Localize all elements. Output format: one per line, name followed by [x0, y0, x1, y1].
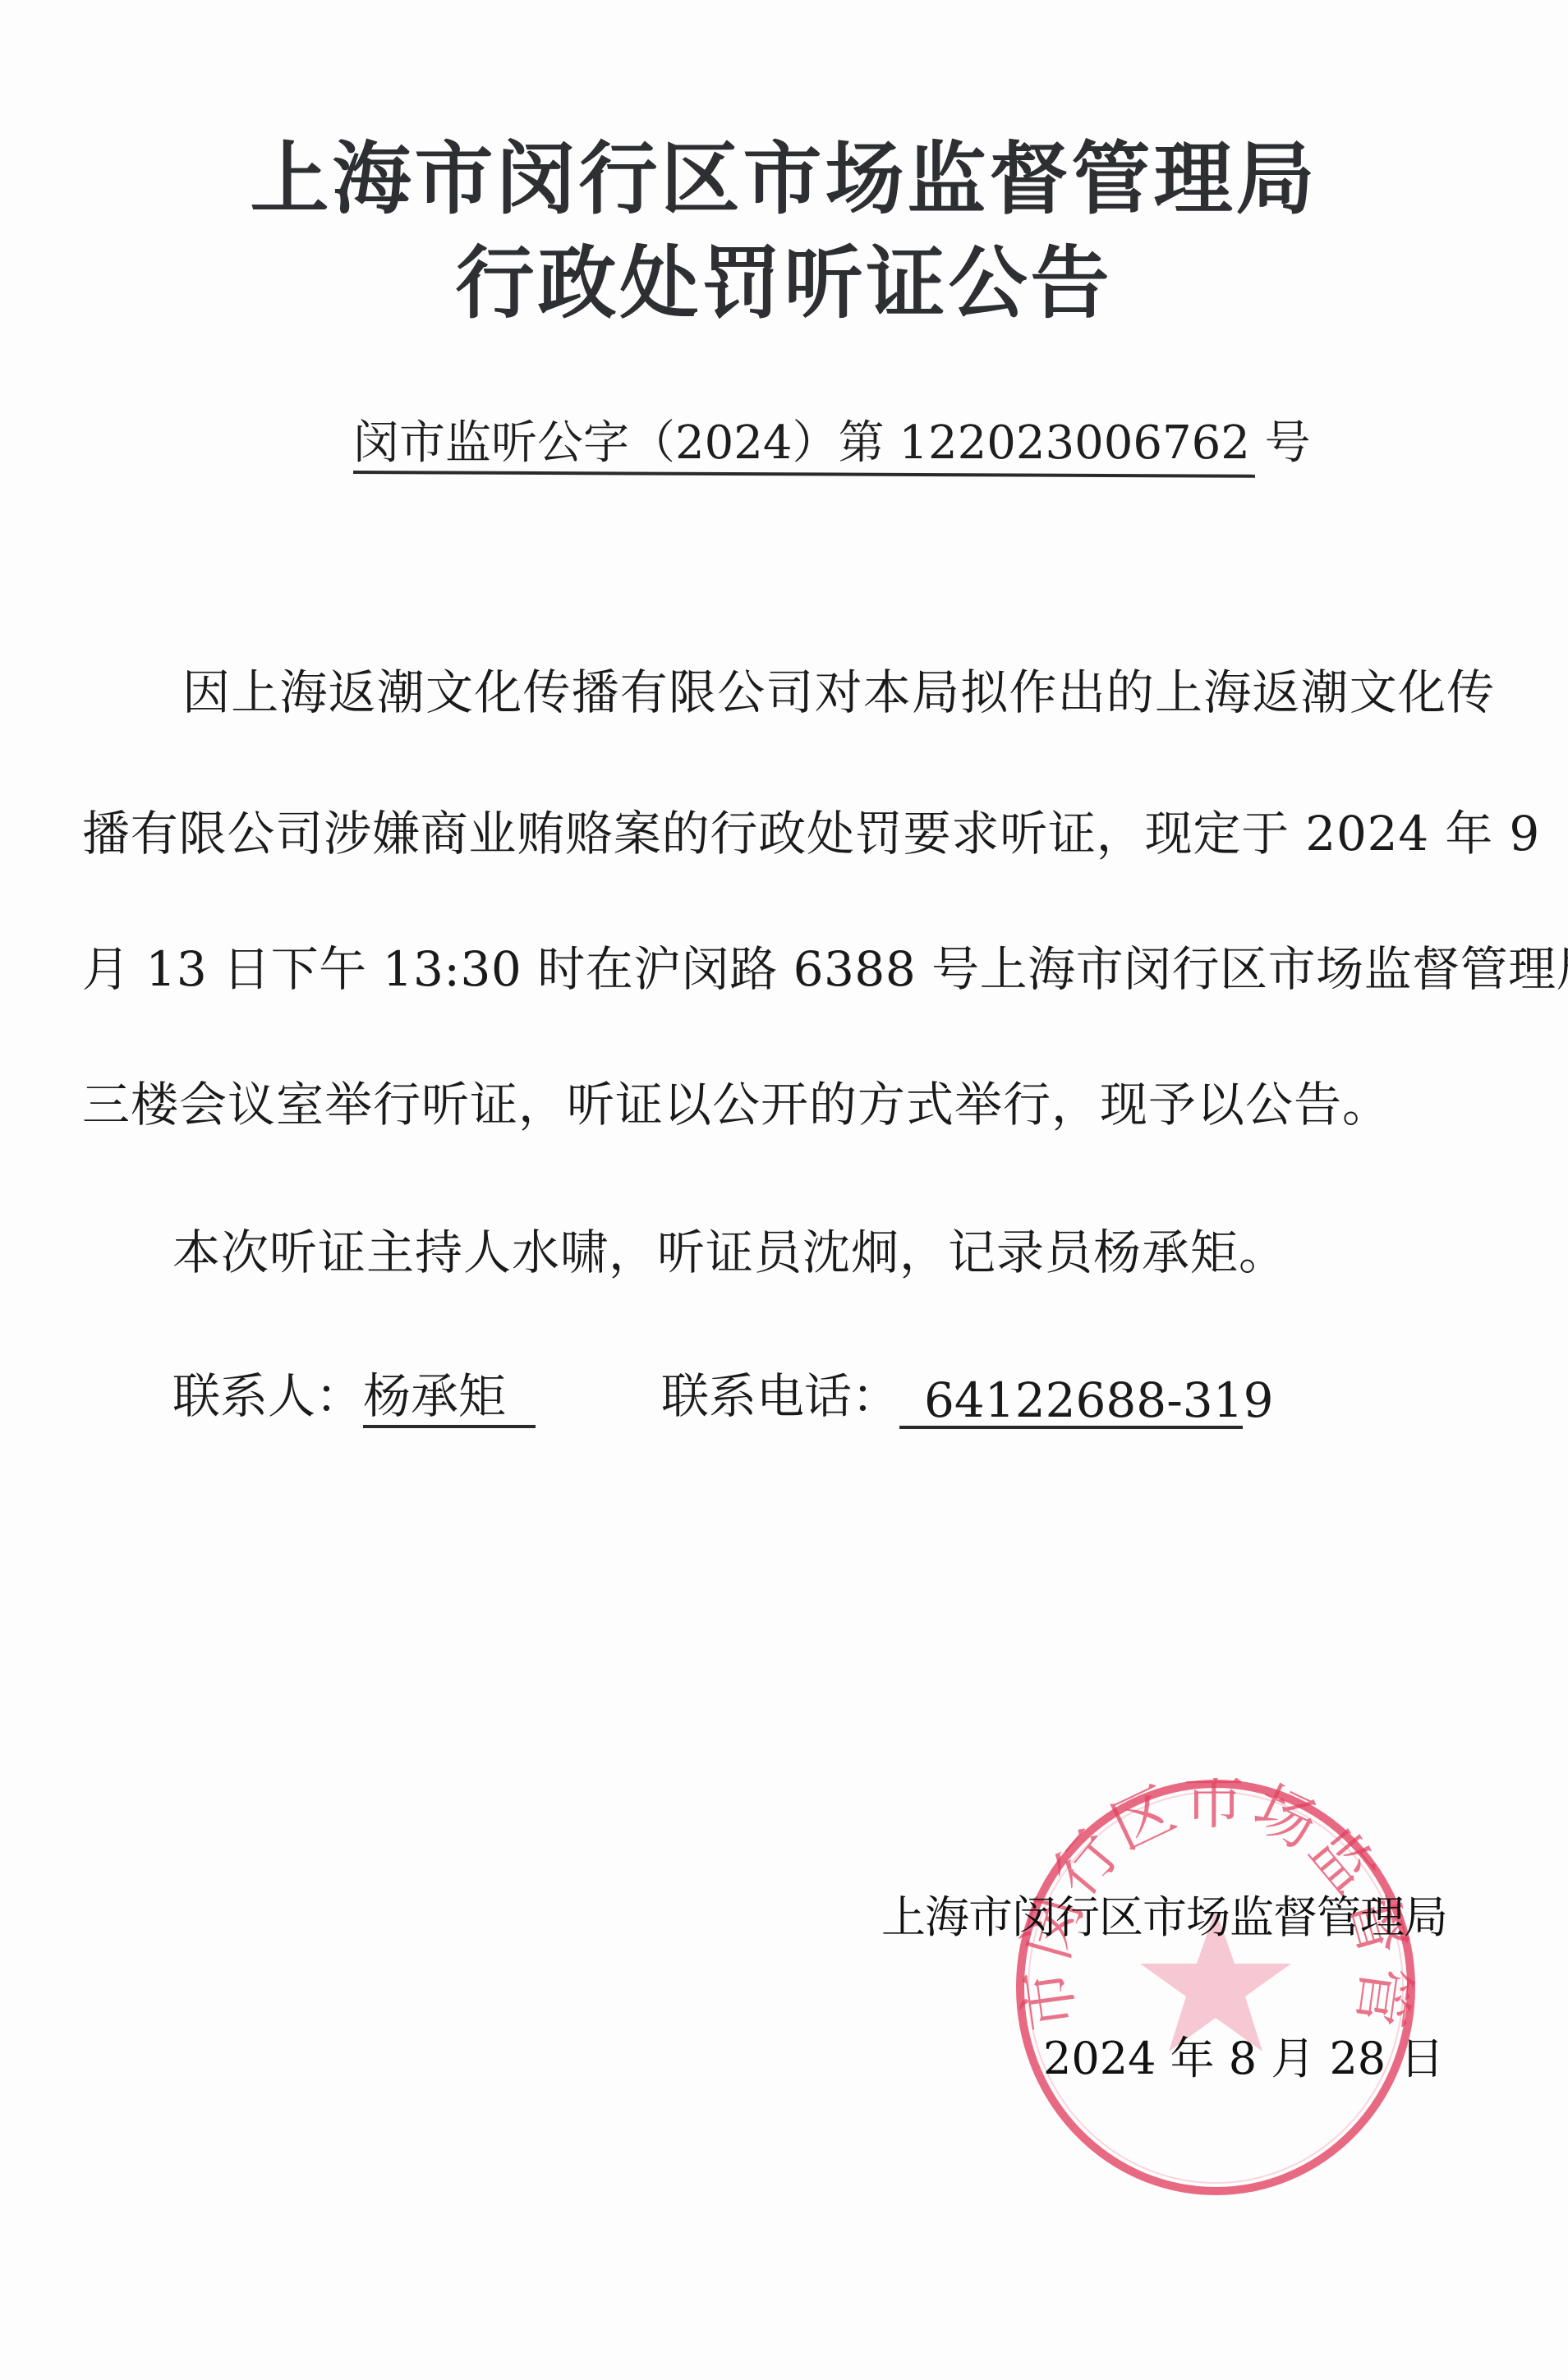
contact-person-name: 杨承矩 — [363, 1367, 536, 1425]
hearing-personnel-line: 本次听证主持人水啸，听证员沈炯，记录员杨承矩。 — [172, 1224, 1287, 1281]
signature-organization: 上海市闵行区市场监督管理局 — [881, 1889, 1447, 1946]
notice-page: 上海市闵行区市场监督管理局 行政处罚听证公告 闵市监听公字（2024）第 122… — [0, 0, 1568, 2380]
body-paragraph-line-1: 因上海返潮文化传播有限公司对本局拟作出的上海返潮文化传 — [182, 664, 1495, 721]
body-paragraph-line-3: 月 13 日下午 13:30 时在沪闵路 6388 号上海市闵行区市场监督管理局 — [82, 940, 1568, 998]
contact-phone-label: 联系电话： — [661, 1367, 899, 1425]
signature-date: 2024 年 8 月 28 日 — [1043, 2030, 1444, 2088]
contact-phone-underline — [899, 1426, 1243, 1429]
body-paragraph-line-4: 三楼会议室举行听证，听证以公开的方式举行，现予以公告。 — [82, 1076, 1391, 1133]
document-number: 闵市监听公字（2024）第 122023006762 号 — [353, 415, 1311, 472]
title-agency: 上海市闵行区市场监督管理局 — [0, 134, 1568, 224]
official-seal-stamp: 上海市闵行区市场监督管理局 — [1012, 1778, 1419, 2197]
contact-person-label: 联系人： — [172, 1368, 363, 1424]
title-notice: 行政处罚听证公告 — [0, 238, 1568, 329]
contact-person-line: 联系人：杨承矩 — [172, 1367, 536, 1425]
contact-phone-number: 64122688-319 — [924, 1371, 1274, 1429]
body-paragraph-line-2: 播有限公司涉嫌商业贿赂案的行政处罚要求听证，现定于 2024 年 9 — [82, 805, 1540, 862]
